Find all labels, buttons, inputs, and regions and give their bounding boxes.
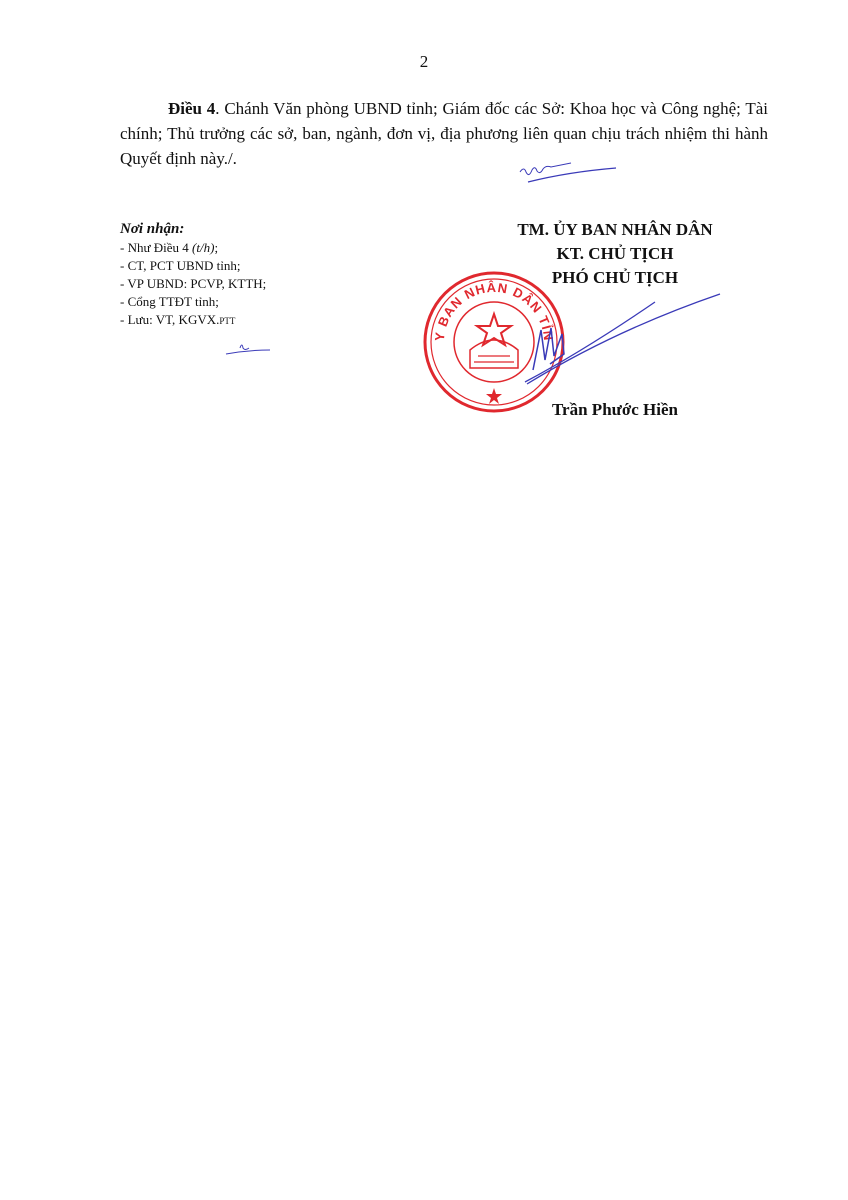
signer-name: Trần Phước Hiền xyxy=(490,400,740,420)
signer-line-1: TM. ỦY BAN NHÂN DÂN xyxy=(490,218,740,242)
recipients-block: Nơi nhận: - Như Điều 4 (t/h); - CT, PCT … xyxy=(120,220,380,330)
recipient-item: - Lưu: VT, KGVX.PTT xyxy=(120,311,380,330)
recipient-item: - VP UBND: PCVP, KTTH; xyxy=(120,275,380,293)
initials-mark-small xyxy=(222,338,272,358)
recipient-item: - CT, PCT UBND tỉnh; xyxy=(120,257,380,275)
recipient-item: - Cổng TTĐT tỉnh; xyxy=(120,293,380,311)
recipient-item: - Như Điều 4 (t/h); xyxy=(120,239,380,257)
article-text: . Chánh Văn phòng UBND tỉnh; Giám đốc cá… xyxy=(120,99,768,168)
article-4-paragraph: Điều 4. Chánh Văn phòng UBND tỉnh; Giám … xyxy=(120,96,768,171)
article-label: Điều 4 xyxy=(168,99,215,118)
page-number: 2 xyxy=(0,52,848,72)
initials-mark xyxy=(518,158,618,188)
signer-line-2: KT. CHỦ TỊCH xyxy=(490,242,740,266)
recipients-title: Nơi nhận: xyxy=(120,220,380,239)
handwritten-signature xyxy=(505,290,725,400)
